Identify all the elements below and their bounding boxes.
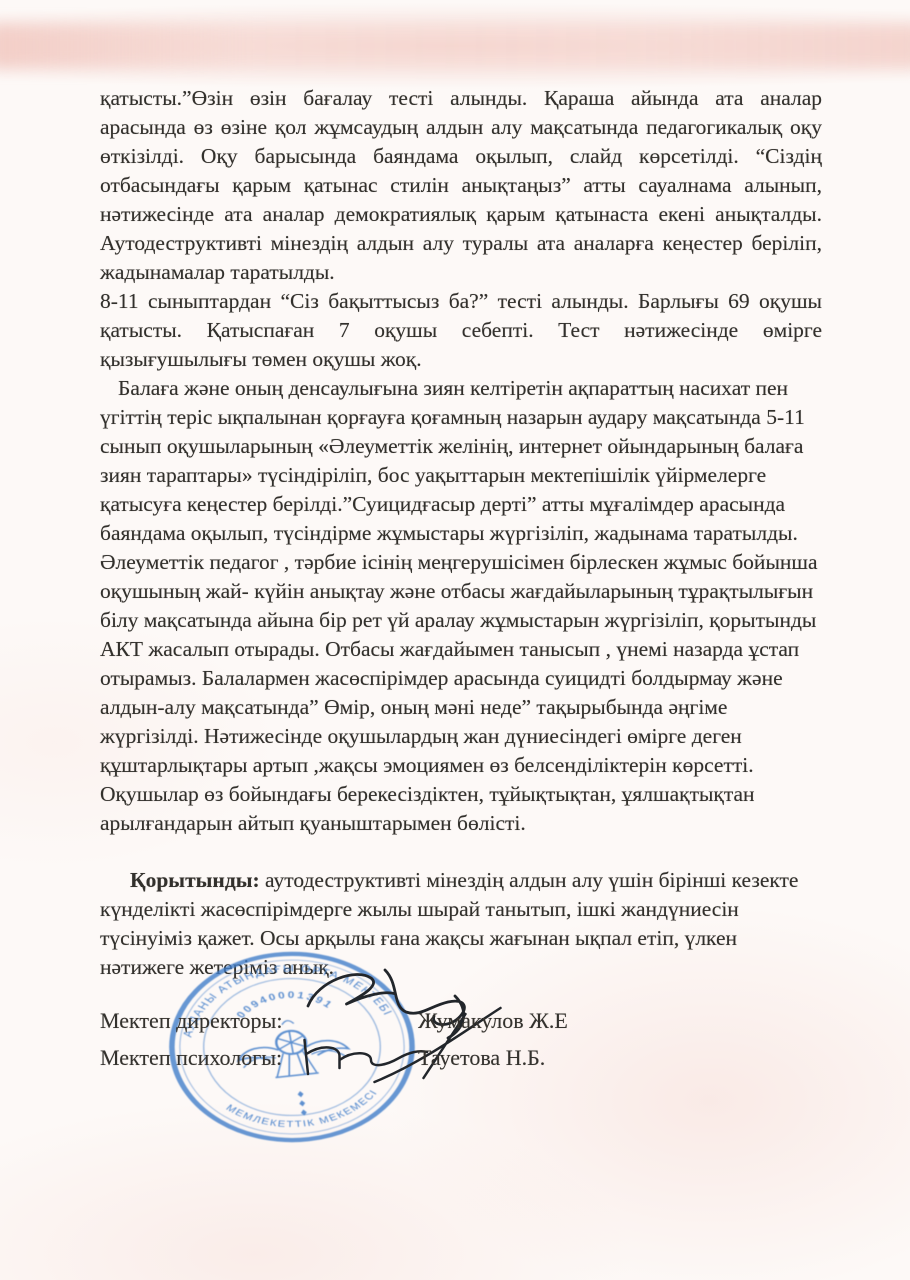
- director-label: Мектеп директоры:: [100, 1008, 282, 1033]
- conclusion-label: Қорытынды:: [130, 868, 260, 892]
- director-name: Жумакулов Ж.Е: [418, 1002, 568, 1039]
- paragraph: қатысты.”Өзін өзін бағалау тесті алынды.…: [100, 84, 822, 287]
- scanned-document-page: қатысты.”Өзін өзін бағалау тесті алынды.…: [0, 0, 910, 1280]
- document-body: қатысты.”Өзін өзін бағалау тесті алынды.…: [100, 84, 822, 982]
- signature-block: Мектеп директоры: Жумакулов Ж.Е Мектеп п…: [100, 1002, 822, 1076]
- psychologist-label: Мектеп психологы:: [100, 1045, 282, 1070]
- scan-pink-band: [0, 24, 910, 68]
- signature-row-director: Мектеп директоры: Жумакулов Ж.Е: [100, 1002, 822, 1039]
- paragraph: 8-11 сыныптардан “Сіз бақыттысыз ба?” те…: [100, 287, 822, 374]
- paragraph: Балаға және оның денсаулығына зиян келті…: [100, 374, 822, 838]
- signature-row-psychologist: Мектеп психологы: Тауетова Н.Б.: [100, 1039, 822, 1076]
- psychologist-name: Тауетова Н.Б.: [418, 1039, 545, 1076]
